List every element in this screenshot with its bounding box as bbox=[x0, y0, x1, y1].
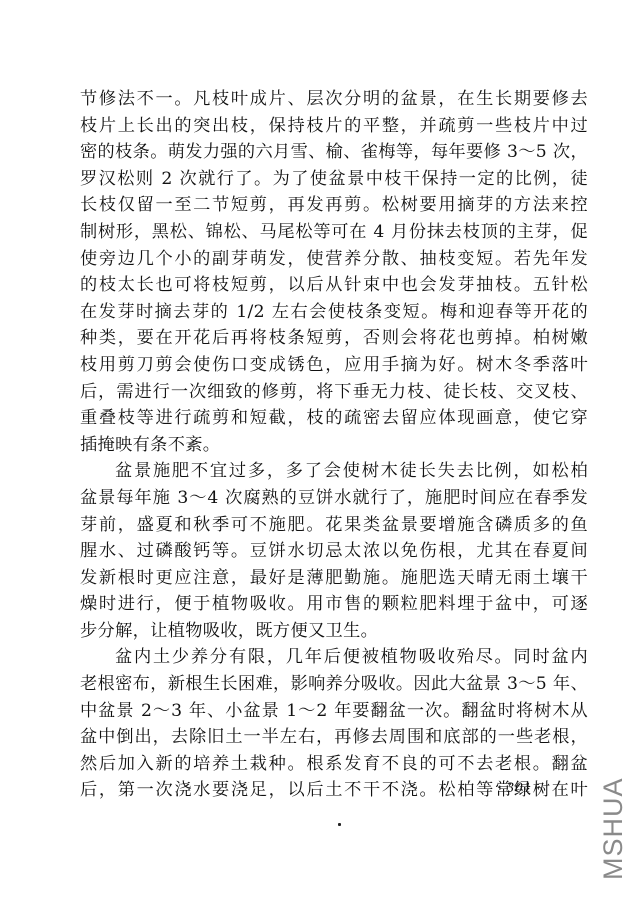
text-line: 罗汉松则 2 次就行了。为了使盆景中枝干保持一定的比例，徒 bbox=[80, 166, 588, 193]
text-line: 使旁边几个小的副芽萌发，使营养分散、抽枝变短。若先年发 bbox=[80, 246, 588, 273]
text-line: 密的枝条。萌发力强的六月雪、榆、雀梅等，每年要修 3～5 次， bbox=[80, 139, 588, 166]
text-line-paragraph-start: 盆内土少养分有限，几年后便被植物吸收殆尽。同时盆内 bbox=[80, 644, 588, 671]
text-line-paragraph-end: 步分解，让植物吸收，既方便又卫生。 bbox=[80, 618, 588, 645]
scan-artifact-dot bbox=[338, 823, 341, 826]
text-line: 后，需进行一次细致的修剪，将下垂无力枝、徒长枝、交叉枝、 bbox=[80, 379, 588, 406]
body-text: 节修法不一。凡枝叶成片、层次分明的盆景，在生长期要修去 枝片上长出的突出枝，保持… bbox=[80, 86, 588, 804]
text-line: 盆景每年施 3～4 次腐熟的豆饼水就行了，施肥时间应在春季发 bbox=[80, 485, 588, 512]
text-line: 然后加入新的培养土栽种。根系发育不良的可不去老根。翻盆 bbox=[80, 751, 588, 778]
book-page: 节修法不一。凡枝叶成片、层次分明的盆景，在生长期要修去 枝片上长出的突出枝，保持… bbox=[0, 0, 637, 901]
text-line: 芽前，盛夏和秋季可不施肥。花果类盆景要增施含磷质多的鱼 bbox=[80, 512, 588, 539]
text-line: 制树形，黑松、锦松、马尾松等可在 4 月份抹去枝顶的主芽，促 bbox=[80, 219, 588, 246]
text-line: 燥时进行，便于植物吸收。用市售的颗粒肥料埋于盆中，可逐 bbox=[80, 591, 588, 618]
watermark: MSHUA bbox=[598, 777, 629, 880]
text-line-paragraph-start: 盆景施肥不宜过多，多了会使树木徒长失去比例，如松柏 bbox=[80, 458, 588, 485]
page-number: · 301 · bbox=[497, 780, 542, 797]
text-line: 在发芽时摘去芽的 1/2 左右会使枝条变短。梅和迎春等开花的 bbox=[80, 299, 588, 326]
text-line: 腥水、过磷酸钙等。豆饼水切忌太浓以免伤根，尤其在春夏间 bbox=[80, 538, 588, 565]
text-line: 节修法不一。凡枝叶成片、层次分明的盆景，在生长期要修去 bbox=[80, 86, 588, 113]
text-line: 盆中倒出，去除旧土一半左右，再修去周围和底部的一些老根， bbox=[80, 724, 588, 751]
text-line: 枝片上长出的突出枝，保持枝片的平整，并疏剪一些枝片中过 bbox=[80, 113, 588, 140]
text-line: 种类，要在开花后再将枝条短剪，否则会将花也剪掉。柏树嫩 bbox=[80, 325, 588, 352]
text-line: 老根密布，新根生长困难，影响养分吸收。因此大盆景 3～5 年、 bbox=[80, 671, 588, 698]
text-line: 中盆景 2～3 年、小盆景 1～2 年要翻盆一次。翻盆时将树木从 bbox=[80, 698, 588, 725]
text-line: 长枝仅留一至二节短剪，再发再剪。松树要用摘芽的方法来控 bbox=[80, 192, 588, 219]
text-line: 重叠枝等进行疏剪和短截，枝的疏密去留应体现画意，使它穿 bbox=[80, 405, 588, 432]
text-line-paragraph-end: 插掩映有条不紊。 bbox=[80, 432, 588, 459]
text-line: 枝用剪刀剪会使伤口变成锈色，应用手摘为好。树木冬季落叶 bbox=[80, 352, 588, 379]
text-line: 的枝太长也可将枝短剪，以后从针束中也会发芽抽枝。五针松 bbox=[80, 272, 588, 299]
text-line: 发新根时更应注意，最好是薄肥勤施。施肥选天晴无雨土壤干 bbox=[80, 565, 588, 592]
